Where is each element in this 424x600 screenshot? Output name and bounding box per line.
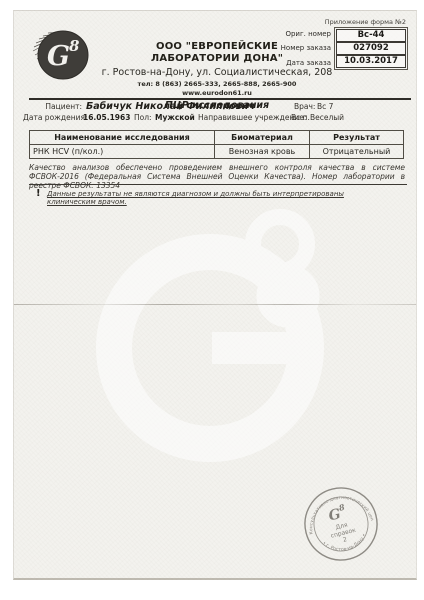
note-divider — [29, 184, 407, 185]
referral-value: Вс п.Веселый — [291, 113, 344, 122]
result-cell: Отрицательный — [310, 145, 404, 159]
col-result: Результат — [310, 131, 404, 145]
company-address: г. Ростов-на-Дону, ул. Социалистическая,… — [62, 67, 372, 78]
company-name-line1: ООО "ЕВРОПЕЙСКИЕ — [62, 41, 372, 53]
test-name-cell: РНК HCV (п/кол.) — [30, 145, 215, 159]
company-name-line2: ЛАБОРАТОРИИ ДОНА" — [62, 53, 372, 65]
results-header-row: Наименование исследования Биоматериал Ре… — [30, 131, 404, 145]
disclaimer-text: Данные результаты не являются диагнозом … — [47, 190, 387, 206]
patient-label: Пациент: — [34, 102, 82, 111]
exclamation-icon: ! — [36, 188, 41, 199]
sex-value: Мужской — [155, 113, 195, 122]
lab-report-scan: G 8 Приложение форма №2 Ориг. номер Номе… — [13, 10, 417, 580]
form-note: Приложение форма №2 — [325, 18, 406, 26]
birthdate-label: Дата рождения: — [23, 113, 88, 122]
results-table: Наименование исследования Биоматериал Ре… — [29, 130, 404, 159]
quality-control-note: Качество анализов обеспечено проведением… — [29, 163, 405, 190]
orig-number-label: Ориг. номер — [281, 27, 331, 41]
biomaterial-cell: Венозная кровь — [215, 145, 310, 159]
sex-label: Пол: — [134, 113, 152, 122]
stamp-line3: 2 — [342, 536, 348, 544]
birthdate-value: 16.05.1963 — [83, 113, 130, 122]
reference-stamp: Консультативно-диагностический центр "Ев… — [294, 477, 389, 572]
paper-fold-crease — [14, 304, 416, 305]
doctor-label: Врач: — [294, 102, 315, 111]
col-test-name: Наименование исследования — [30, 131, 215, 145]
company-phone: тел: 8 (863) 2665-333, 2665-888, 2665-90… — [62, 80, 372, 88]
stamp-logo-8: 8 — [338, 502, 346, 513]
table-row: РНК HCV (п/кол.) Венозная кровь Отрицате… — [30, 145, 404, 159]
company-website: www.eurodon61.ru — [62, 89, 372, 97]
g8-watermark — [72, 186, 372, 496]
patient-name: Бабичук Николай Филиппович — [86, 101, 255, 112]
doctor-value: Вс 7 — [317, 102, 333, 111]
col-biomaterial: Биоматериал — [215, 131, 310, 145]
